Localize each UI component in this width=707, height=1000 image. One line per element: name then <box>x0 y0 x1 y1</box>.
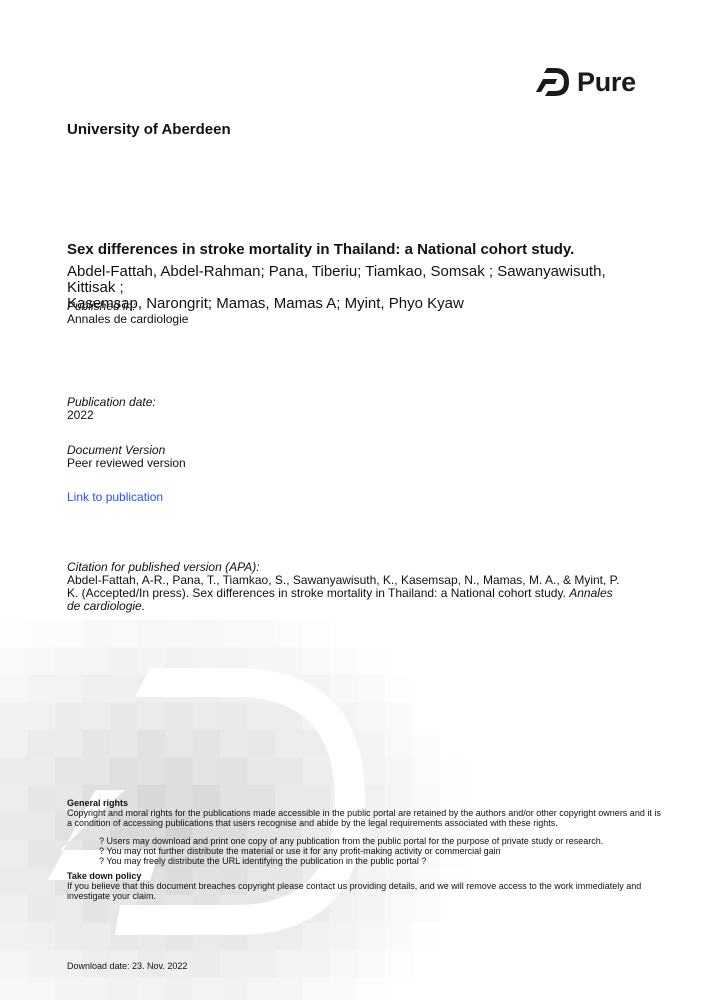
logo-text: Pure <box>577 67 636 98</box>
citation: Citation for published version (APA): Ab… <box>67 561 627 613</box>
take-down-heading: Take down policy <box>67 871 667 881</box>
take-down-text: If you believe that this document breach… <box>67 881 667 901</box>
link-to-publication[interactable]: Link to publication <box>67 490 163 504</box>
rights-footer: General rights Copyright and moral right… <box>67 798 667 901</box>
published-in-value: Annales de cardiologie <box>67 313 188 326</box>
rights-item: ? You may freely distribute the URL iden… <box>99 856 667 866</box>
document-version: Document Version Peer reviewed version <box>67 444 186 470</box>
publication-date: Publication date: 2022 <box>67 396 156 422</box>
general-rights-heading: General rights <box>67 798 667 808</box>
published-in: Published in: Annales de cardiologie <box>67 300 188 326</box>
general-rights-text: Copyright and moral rights for the publi… <box>67 808 667 828</box>
rights-item: ? You may not further distribute the mat… <box>99 846 667 856</box>
rights-list: ? Users may download and print one copy … <box>67 836 667 866</box>
citation-end: . <box>142 599 145 613</box>
publication-date-value: 2022 <box>67 409 156 422</box>
download-date: Download date: 23. Nov. 2022 <box>67 961 187 971</box>
document-version-value: Peer reviewed version <box>67 457 186 470</box>
citation-text: Abdel-Fattah, A-R., Pana, T., Tiamkao, S… <box>67 573 619 600</box>
document-title: Sex differences in stroke mortality in T… <box>67 241 574 258</box>
rights-item: ? Users may download and print one copy … <box>99 836 667 846</box>
pure-logo-icon <box>535 66 573 98</box>
authors-line-1: Abdel-Fattah, Abdel-Rahman; Pana, Tiberi… <box>67 264 627 296</box>
pure-logo: Pure <box>535 66 636 98</box>
institution-name: University of Aberdeen <box>67 121 231 138</box>
